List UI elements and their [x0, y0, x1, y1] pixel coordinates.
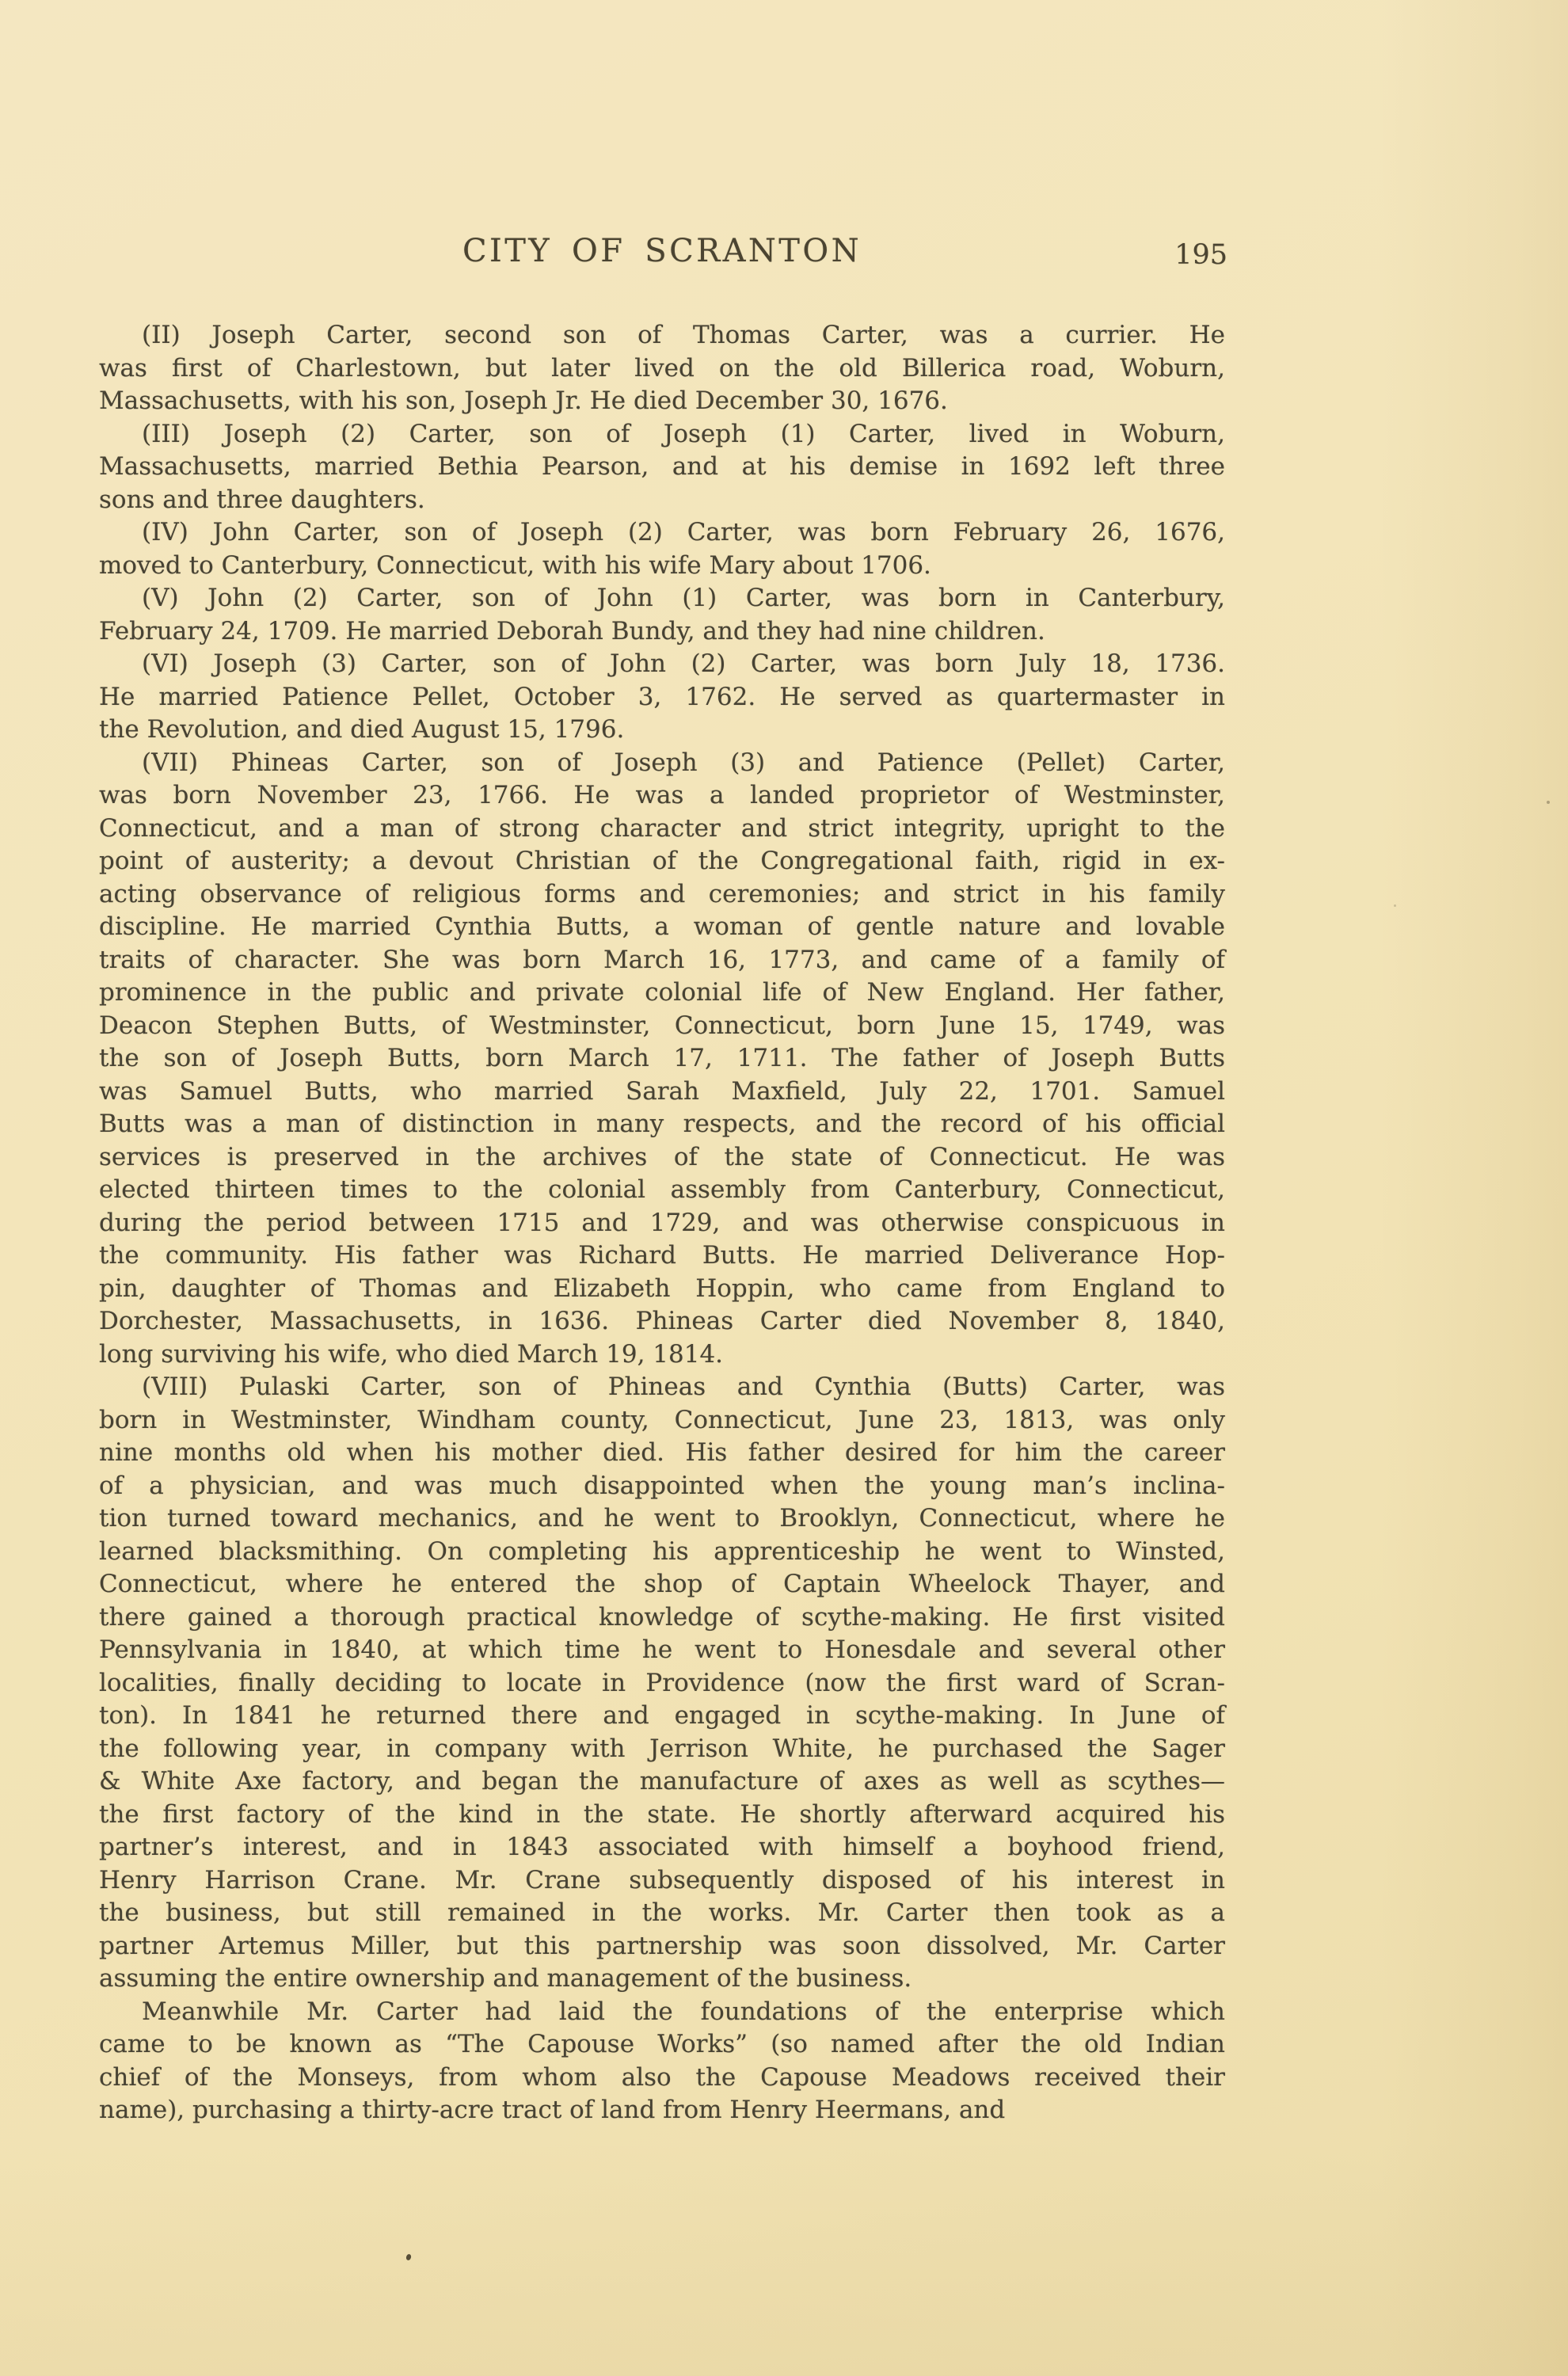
page-header-title: CITY OF SCRANTON	[99, 233, 1225, 269]
text-line: traits of character. She was born March …	[99, 944, 1225, 977]
text-line: was Samuel Butts, who married Sarah Maxf…	[99, 1076, 1225, 1109]
text-line: came to be known as “The Capouse Works” …	[99, 2028, 1225, 2062]
text-line: moved to Canterbury, Connecticut, with h…	[99, 550, 1225, 583]
text-line: point of austerity; a devout Christian o…	[99, 845, 1225, 878]
paragraph: Meanwhile Mr. Carter had laid the founda…	[99, 1996, 1225, 2127]
text-line: (VIII) Pulaski Carter, son of Phineas an…	[99, 1371, 1225, 1404]
text-line: & White Axe factory, and began the manuf…	[99, 1765, 1225, 1799]
text-line: nine months old when his mother died. Hi…	[99, 1437, 1225, 1470]
text-line: pin, daughter of Thomas and Elizabeth Ho…	[99, 1273, 1225, 1306]
text-line: ton). In 1841 he returned there and enga…	[99, 1700, 1225, 1733]
ink-speck	[405, 2253, 412, 2260]
text-line: Connecticut, and a man of strong charact…	[99, 813, 1225, 846]
text-line: tion turned toward mechanics, and he wen…	[99, 1502, 1225, 1536]
text-line: during the period between 1715 and 1729,…	[99, 1207, 1225, 1240]
text-line: February 24, 1709. He married Deborah Bu…	[99, 615, 1225, 649]
paragraph: (VIII) Pulaski Carter, son of Phineas an…	[99, 1371, 1225, 1996]
text-line: Massachusetts, with his son, Joseph Jr. …	[99, 385, 1225, 418]
text-line: assuming the entire ownership and manage…	[99, 1963, 1225, 1996]
text-line: the community. His father was Richard Bu…	[99, 1239, 1225, 1273]
text-line: Massachusetts, married Bethia Pearson, a…	[99, 451, 1225, 484]
text-line: (III) Joseph (2) Carter, son of Joseph (…	[99, 418, 1225, 451]
text-line: Butts was a man of distinction in many r…	[99, 1108, 1225, 1141]
paragraph: (V) John (2) Carter, son of John (1) Car…	[99, 582, 1225, 648]
book-page: CITY OF SCRANTON 195 (II) Joseph Carter,…	[0, 0, 1568, 2376]
text-line: Dorchester, Massachusetts, in 1636. Phin…	[99, 1305, 1225, 1338]
text-line: partner Artemus Miller, but this partner…	[99, 1930, 1225, 1963]
text-line: born in Westminster, Windham county, Con…	[99, 1404, 1225, 1437]
text-line: the son of Joseph Butts, born March 17, …	[99, 1042, 1225, 1076]
text-line: chief of the Monseys, from whom also the…	[99, 2062, 1225, 2095]
text-line: there gained a thorough practical knowle…	[99, 1601, 1225, 1635]
text-line: (V) John (2) Carter, son of John (1) Car…	[99, 582, 1225, 615]
text-line: the business, but still remained in the …	[99, 1897, 1225, 1930]
paragraph: (IV) John Carter, son of Joseph (2) Cart…	[99, 516, 1225, 582]
text-line: discipline. He married Cynthia Butts, a …	[99, 911, 1225, 944]
text-line: the first factory of the kind in the sta…	[99, 1799, 1225, 1832]
text-line: acting observance of religious forms and…	[99, 878, 1225, 912]
text-line: elected thirteen times to the colonial a…	[99, 1174, 1225, 1207]
text-line: localities, finally deciding to locate i…	[99, 1667, 1225, 1700]
ink-speck	[1394, 904, 1396, 907]
text-line: Pennsylvania in 1840, at which time he w…	[99, 1634, 1225, 1667]
text-line: learned blacksmithing. On completing his…	[99, 1536, 1225, 1569]
page-number: 195	[1174, 239, 1227, 271]
text-line: was born November 23, 1766. He was a lan…	[99, 779, 1225, 813]
text-line: (VI) Joseph (3) Carter, son of John (2) …	[99, 648, 1225, 681]
paragraph: (VII) Phineas Carter, son of Joseph (3) …	[99, 747, 1225, 1372]
text-line: (VII) Phineas Carter, son of Joseph (3) …	[99, 747, 1225, 780]
text-line: (IV) John Carter, son of Joseph (2) Cart…	[99, 516, 1225, 550]
text-line: the Revolution, and died August 15, 1796…	[99, 714, 1225, 747]
paragraph: (II) Joseph Carter, second son of Thomas…	[99, 319, 1225, 418]
text-line: the following year, in company with Jerr…	[99, 1733, 1225, 1766]
text-line: Meanwhile Mr. Carter had laid the founda…	[99, 1996, 1225, 2029]
text-line: (II) Joseph Carter, second son of Thomas…	[99, 319, 1225, 352]
body-text: (II) Joseph Carter, second son of Thomas…	[99, 319, 1225, 2127]
paragraph: (III) Joseph (2) Carter, son of Joseph (…	[99, 418, 1225, 517]
text-line: name), purchasing a thirty-acre tract of…	[99, 2094, 1225, 2127]
text-line: prominence in the public and private col…	[99, 977, 1225, 1010]
text-line: Henry Harrison Crane. Mr. Crane subseque…	[99, 1864, 1225, 1898]
ink-speck	[1547, 801, 1550, 804]
paragraph: (VI) Joseph (3) Carter, son of John (2) …	[99, 648, 1225, 747]
text-line: was first of Charlestown, but later live…	[99, 352, 1225, 386]
text-line: long surviving his wife, who died March …	[99, 1338, 1225, 1372]
text-line: Connecticut, where he entered the shop o…	[99, 1568, 1225, 1601]
text-line: of a physician, and was much disappointe…	[99, 1470, 1225, 1503]
text-line: partner’s interest, and in 1843 associat…	[99, 1831, 1225, 1864]
text-line: services is preserved in the archives of…	[99, 1141, 1225, 1175]
text-line: sons and three daughters.	[99, 484, 1225, 517]
text-line: Deacon Stephen Butts, of Westminster, Co…	[99, 1010, 1225, 1043]
text-line: He married Patience Pellet, October 3, 1…	[99, 681, 1225, 714]
